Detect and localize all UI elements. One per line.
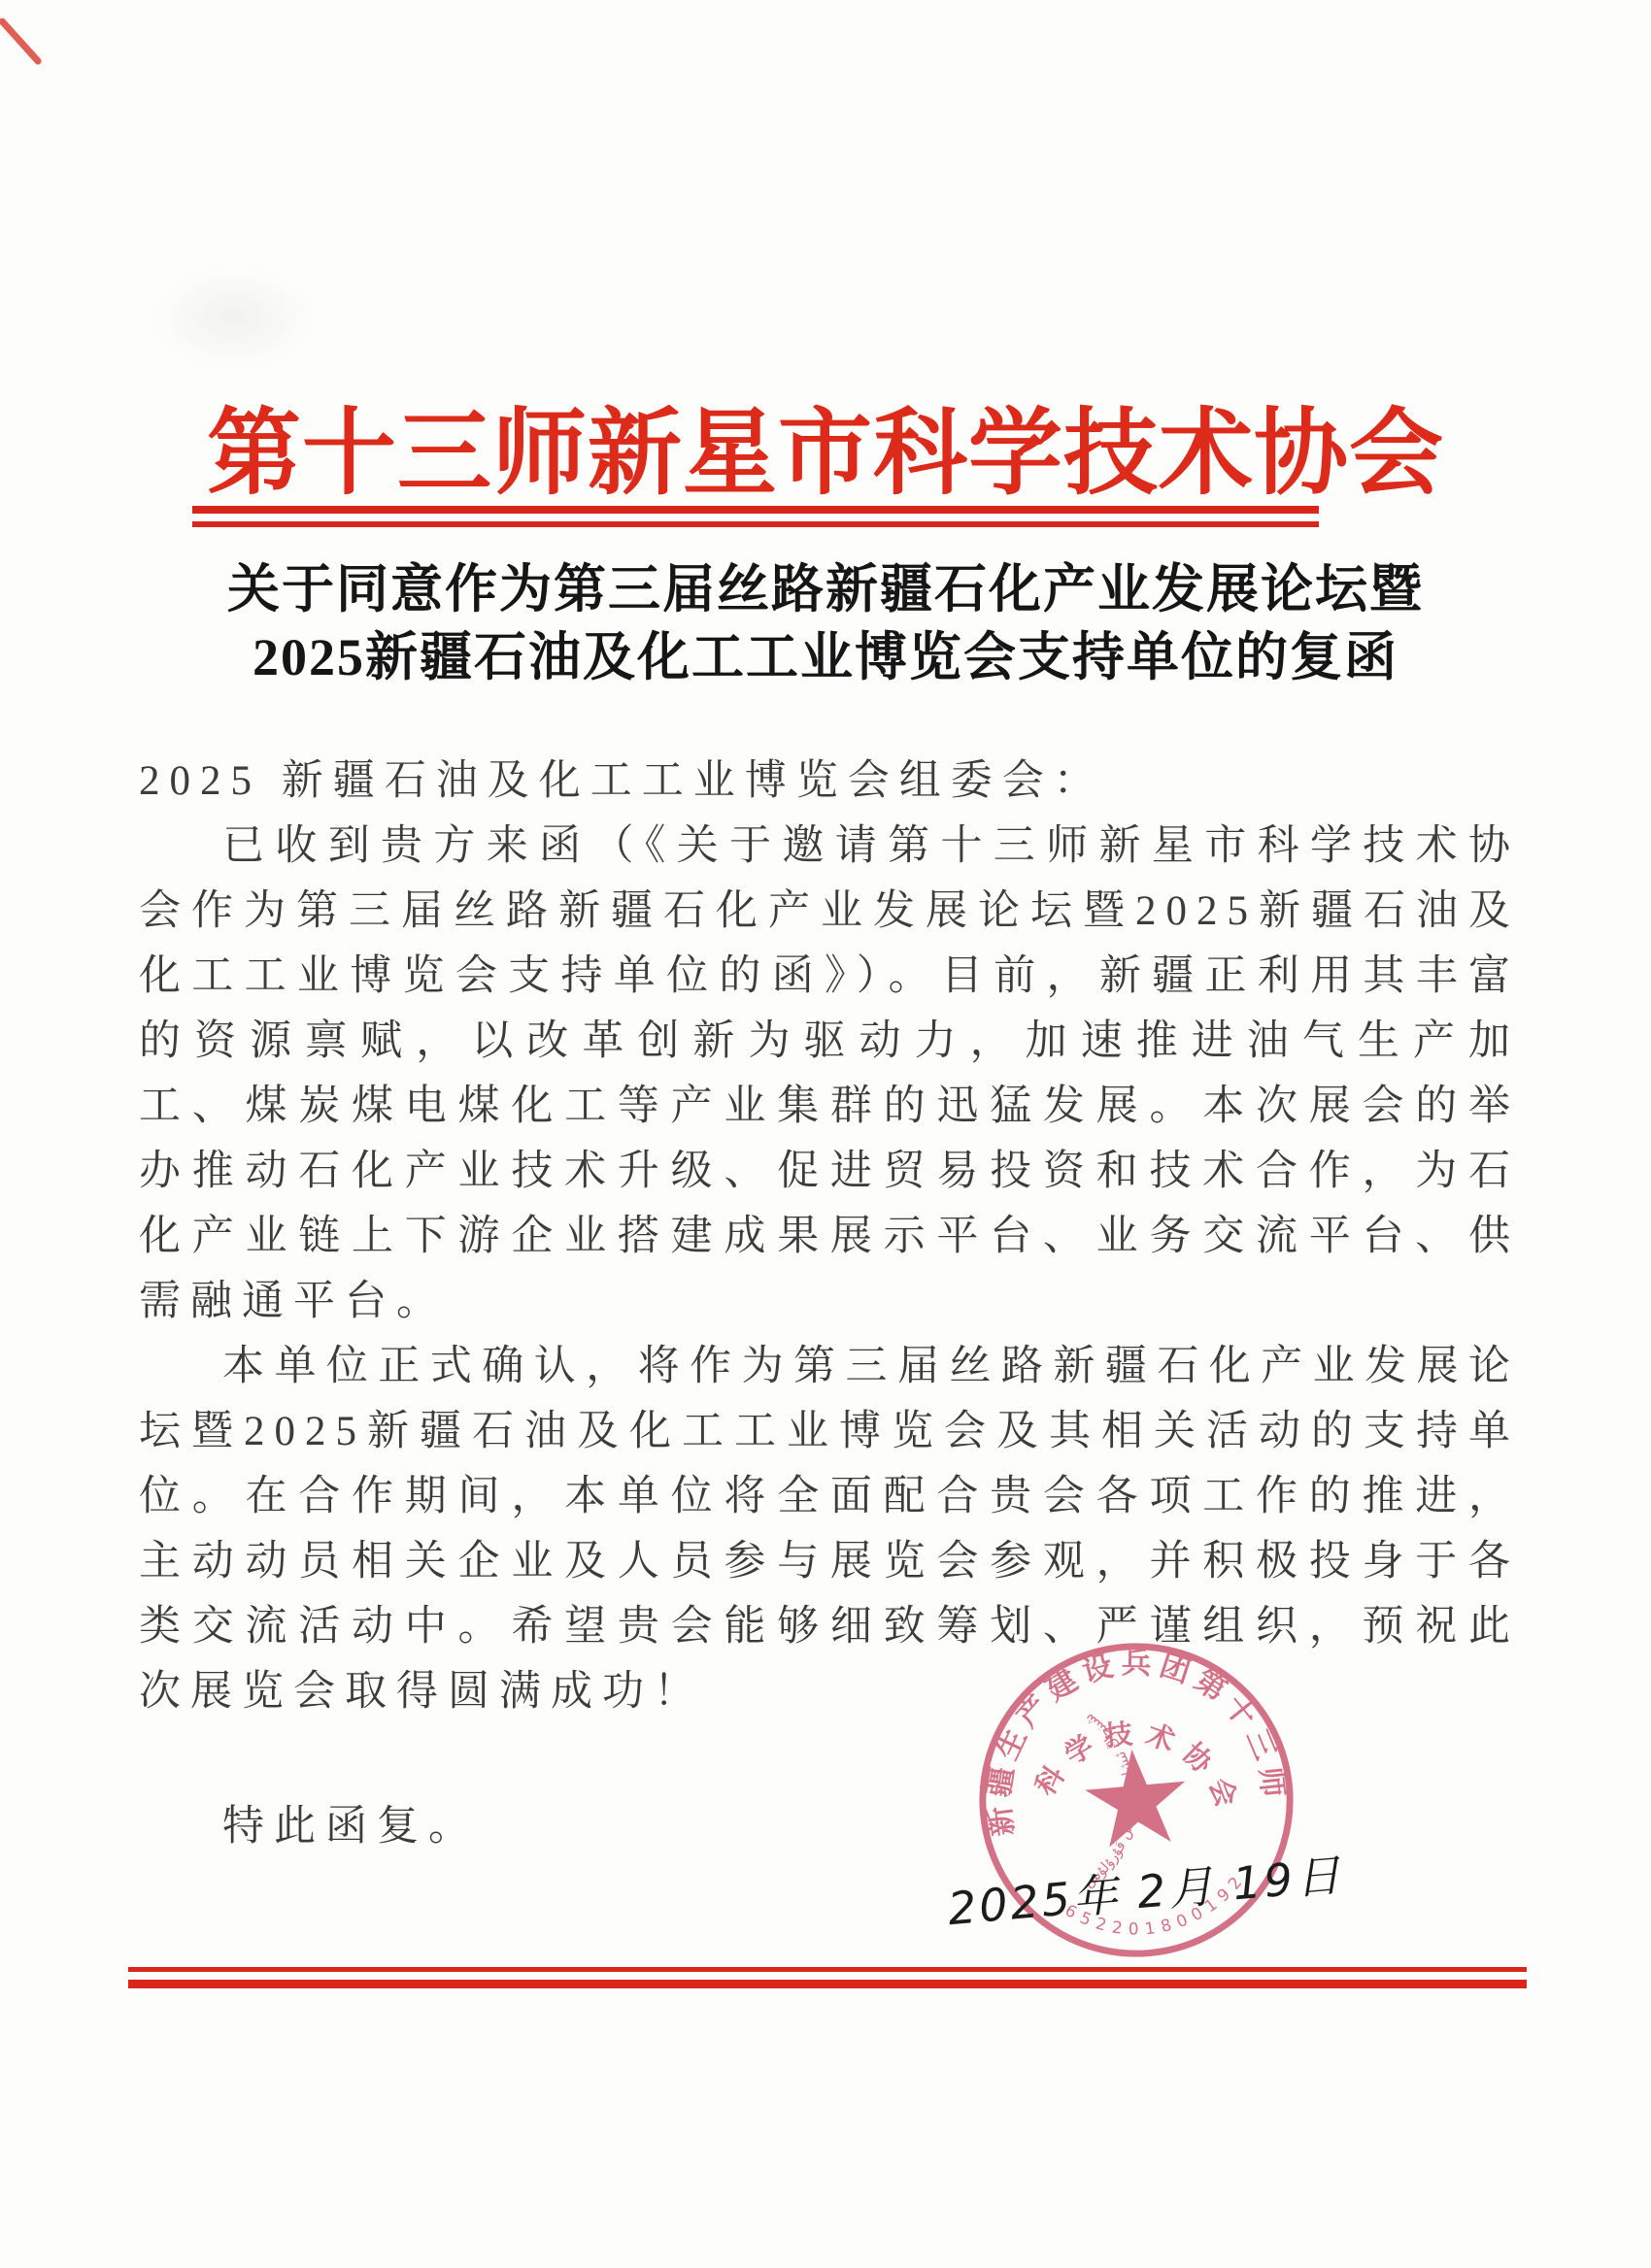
letter-body: 2025 新疆石油及化工工业博览会组委会： 已收到贵方来函（《关于邀请第十三师新… [139, 749, 1520, 1859]
letterhead-divider-line-top [192, 506, 1319, 514]
document-title-line-2: 2025新疆石油及化工工业博览会支持单位的复函 [0, 623, 1651, 691]
scan-smudge [151, 264, 316, 371]
footer-divider-line-bottom [128, 1980, 1527, 1988]
body-paragraph-2: 本单位正式确认，将作为第三届丝路新疆石化产业发展论坛暨2025新疆石油及化工工业… [139, 1334, 1520, 1724]
body-paragraph-1: 已收到贵方来函（《关于邀请第十三师新星市科学技术协会作为第三届丝路新疆石化产业发… [139, 814, 1520, 1334]
salutation: 2025 新疆石油及化工工业博览会组委会： [139, 749, 1520, 814]
document-title-line-1: 关于同意作为第三届丝路新疆石化产业发展论坛暨 [0, 555, 1651, 623]
scanned-letter-page: 第十三师新星市科学技术协会 关于同意作为第三届丝路新疆石化产业发展论坛暨 202… [0, 0, 1651, 2268]
footer-divider-line-top [128, 1967, 1527, 1972]
letterhead-divider-line-bottom [192, 521, 1319, 527]
scan-corner-mark [0, 17, 43, 66]
document-title: 关于同意作为第三届丝路新疆石化产业发展论坛暨 2025新疆石油及化工工业博览会支… [0, 555, 1651, 691]
letterhead-org-name: 第十三师新星市科学技术协会 [0, 377, 1651, 513]
